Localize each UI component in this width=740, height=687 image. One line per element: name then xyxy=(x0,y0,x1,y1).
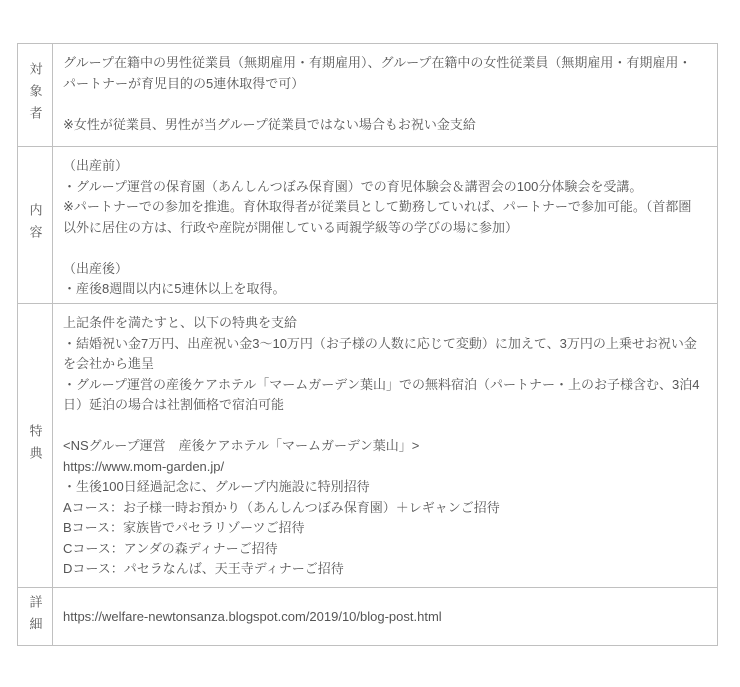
benefits-text: 上記条件を満たすと、以下の特典を支給 ・結婚祝い金7万円、出産祝い金3～10万円… xyxy=(63,313,713,580)
table-row-details-of-program: 内容 （出産前） ・グループ運営の保育園（あんしんつぼみ保育園）での育児体験会＆… xyxy=(18,147,717,304)
row-content-cell-more-info: https://welfare-newtonsanza.blogspot.com… xyxy=(53,588,717,645)
eligibility-text: グループ在籍中の男性従業員（無期雇用・有期雇用）、グループ在籍中の女性従業員（無… xyxy=(63,53,713,135)
row-label-benefits: 特典 xyxy=(26,424,45,468)
row-content-cell-benefits: 上記条件を満たすと、以下の特典を支給 ・結婚祝い金7万円、出産祝い金3～10万円… xyxy=(53,304,717,587)
more-info-url-text: https://welfare-newtonsanza.blogspot.com… xyxy=(63,607,442,628)
table-row-more-info: 詳細 https://welfare-newtonsanza.blogspot.… xyxy=(18,588,717,645)
row-label-eligibility: 対象者 xyxy=(26,62,45,128)
row-label-cell-eligibility: 対象者 xyxy=(18,44,53,146)
contents-text: （出産前） ・グループ運営の保育園（あんしんつぼみ保育園）での育児体験会＆講習会… xyxy=(63,156,713,300)
row-label-more-info: 詳細 xyxy=(26,595,45,639)
row-label-contents: 内容 xyxy=(26,203,45,247)
table-row-benefits: 特典 上記条件を満たすと、以下の特典を支給 ・結婚祝い金7万円、出産祝い金3～1… xyxy=(18,304,717,588)
row-label-cell-more-info: 詳細 xyxy=(18,588,53,645)
benefits-table: 対象者 グループ在籍中の男性従業員（無期雇用・有期雇用）、グループ在籍中の女性従… xyxy=(17,43,718,646)
page: { "colors": { "border": "#c0c0c0", "text… xyxy=(0,0,740,687)
row-content-cell-eligibility: グループ在籍中の男性従業員（無期雇用・有期雇用）、グループ在籍中の女性従業員（無… xyxy=(53,44,717,146)
row-label-cell-benefits: 特典 xyxy=(18,304,53,587)
table-row-eligibility: 対象者 グループ在籍中の男性従業員（無期雇用・有期雇用）、グループ在籍中の女性従… xyxy=(18,44,717,147)
row-content-cell-contents: （出産前） ・グループ運営の保育園（あんしんつぼみ保育園）での育児体験会＆講習会… xyxy=(53,147,717,303)
row-label-cell-contents: 内容 xyxy=(18,147,53,303)
